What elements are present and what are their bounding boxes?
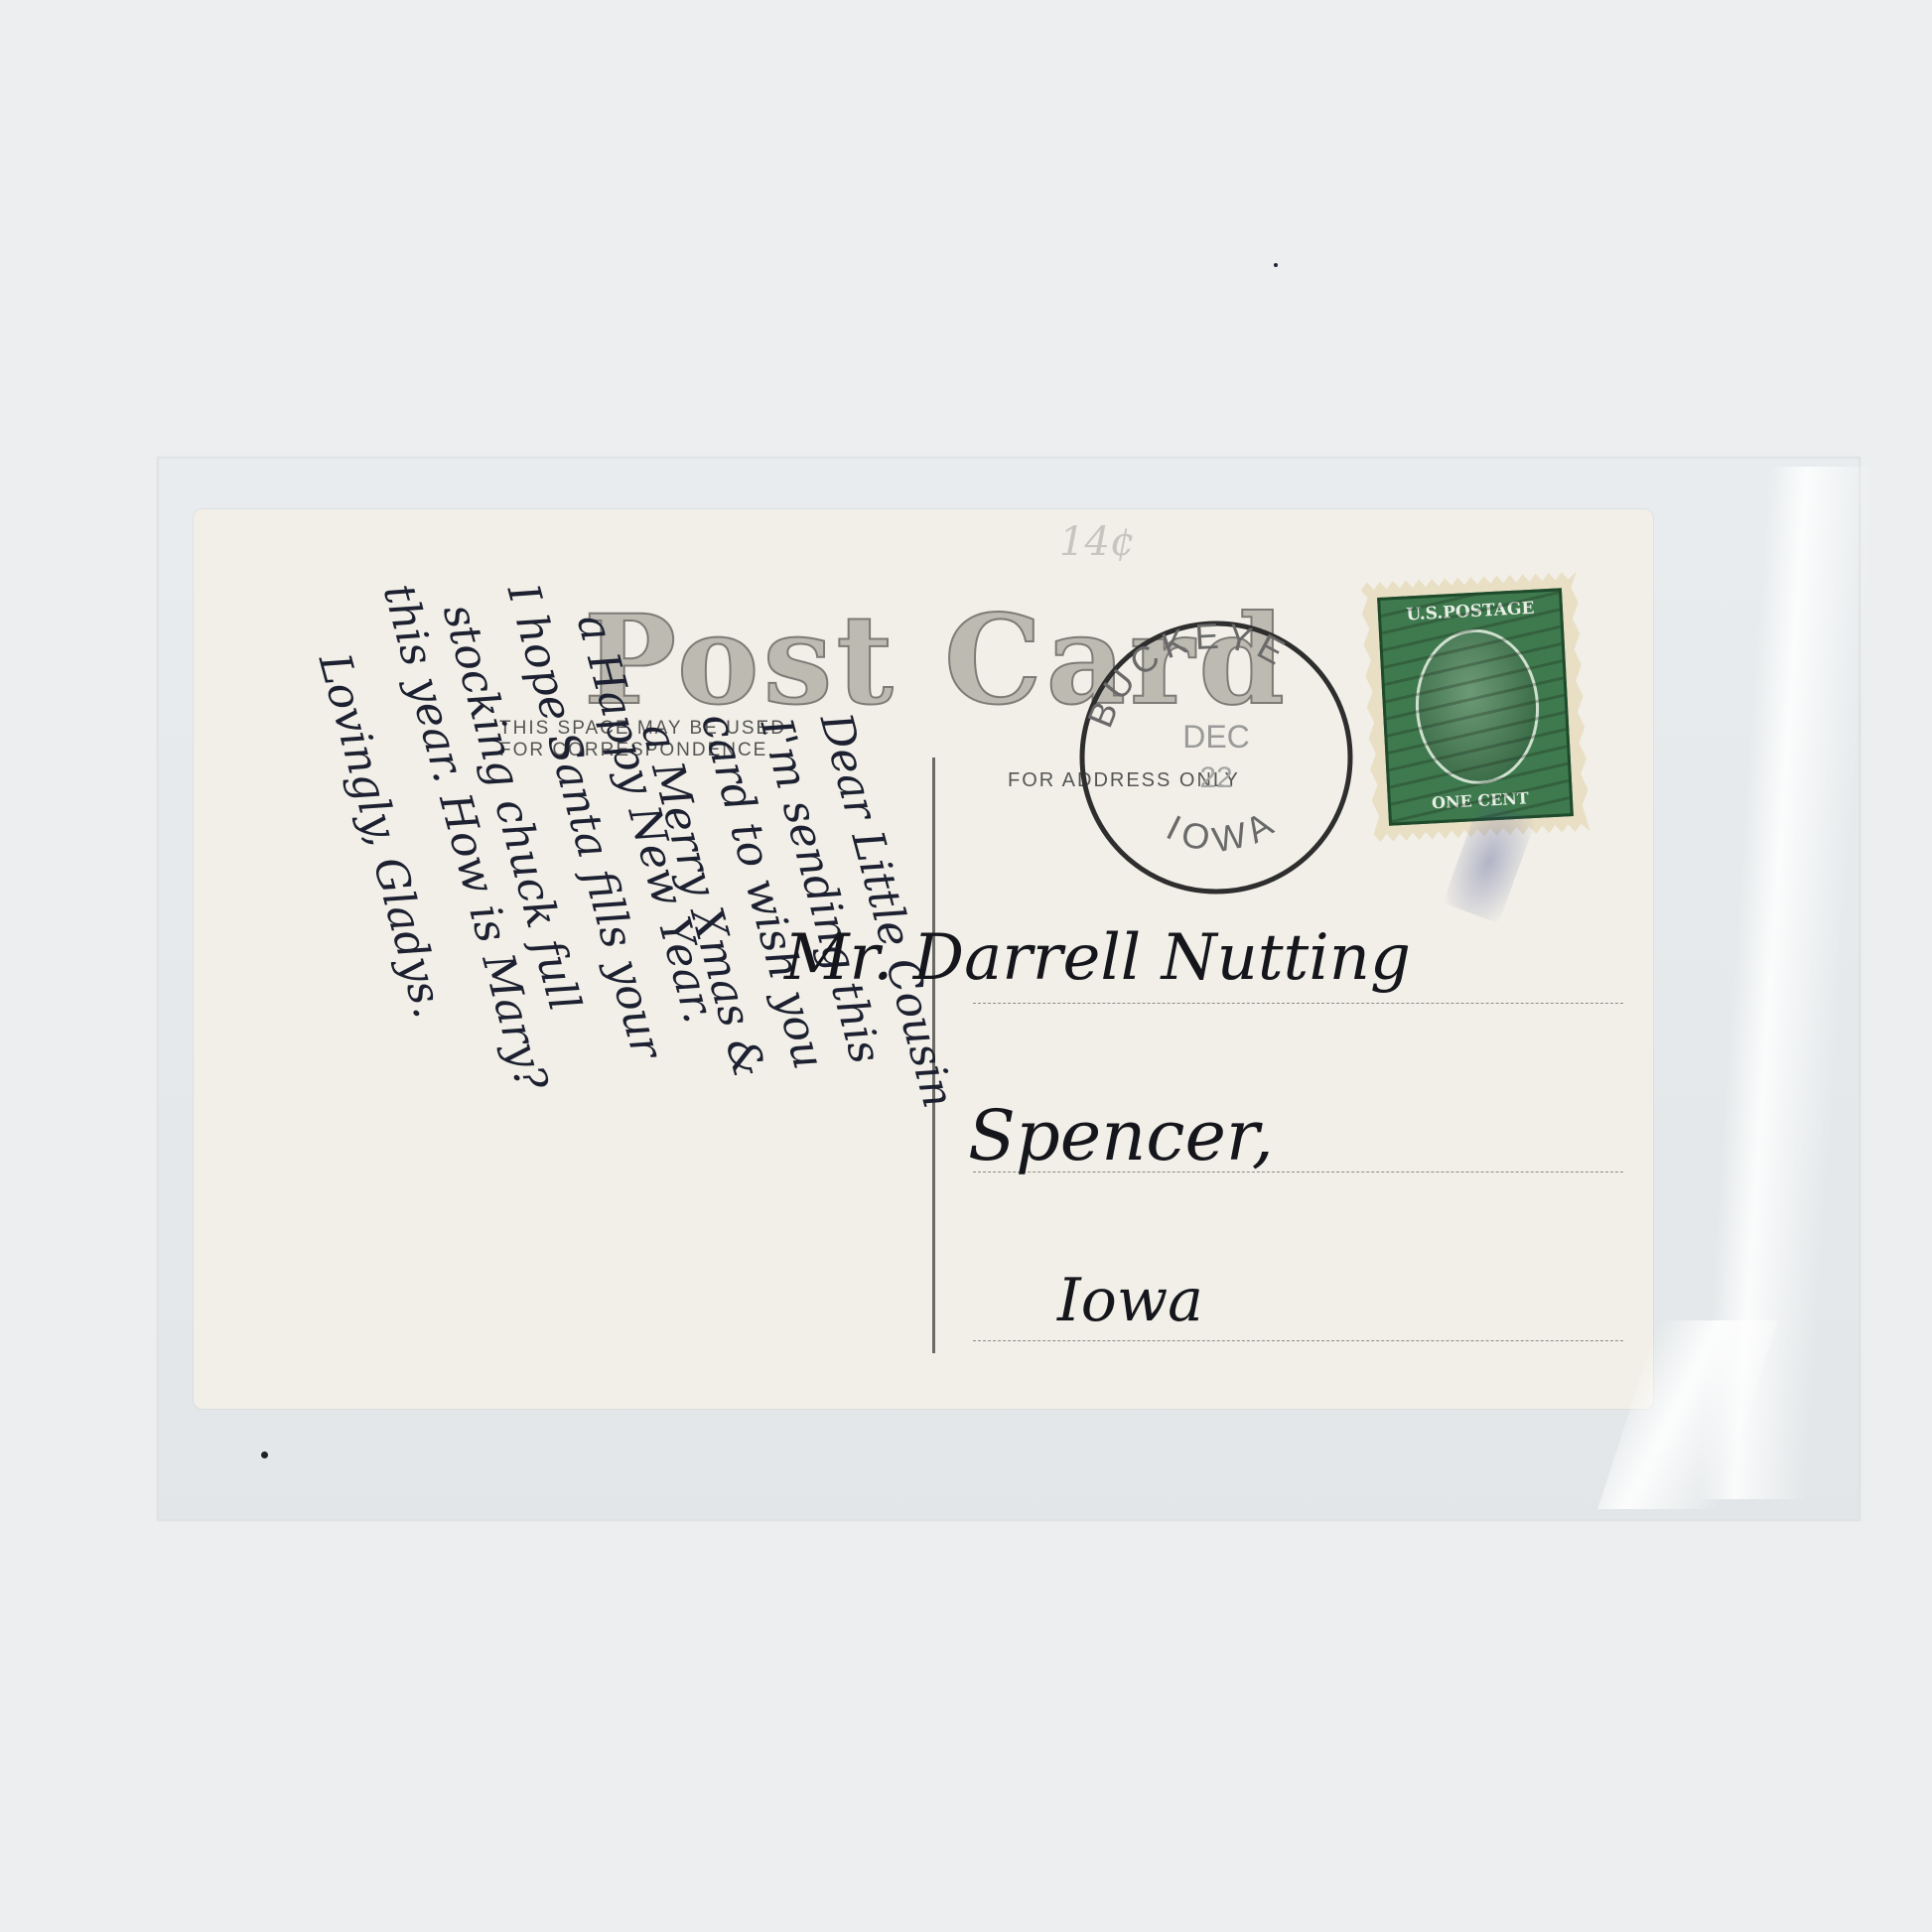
postmark-icon: BUCKEYE IOWA DEC 22	[1067, 609, 1365, 906]
postmark-month: DEC	[1182, 719, 1250, 755]
address-line	[973, 1003, 1623, 1004]
recipient-name: Mr. Darrell Nutting	[784, 921, 1411, 995]
recipient-city: Spencer,	[968, 1095, 1274, 1176]
address-line	[973, 1340, 1623, 1341]
postmark-state: IOWA	[1161, 799, 1287, 860]
postage-stamp: U.S.POSTAGE ONE CENT	[1360, 571, 1589, 842]
postcard: 14¢ Post Card THIS SPACE MAY BE USED FOR…	[194, 509, 1653, 1409]
dust-speck	[261, 1451, 268, 1458]
pencil-price-note: 14¢	[1059, 519, 1135, 565]
cancellation-lines	[1380, 591, 1570, 822]
svg-text:IOWA: IOWA	[1161, 799, 1287, 860]
dust-speck	[1274, 263, 1278, 267]
postmark-day: 22	[1199, 761, 1232, 794]
recipient-state: Iowa	[1057, 1266, 1203, 1335]
